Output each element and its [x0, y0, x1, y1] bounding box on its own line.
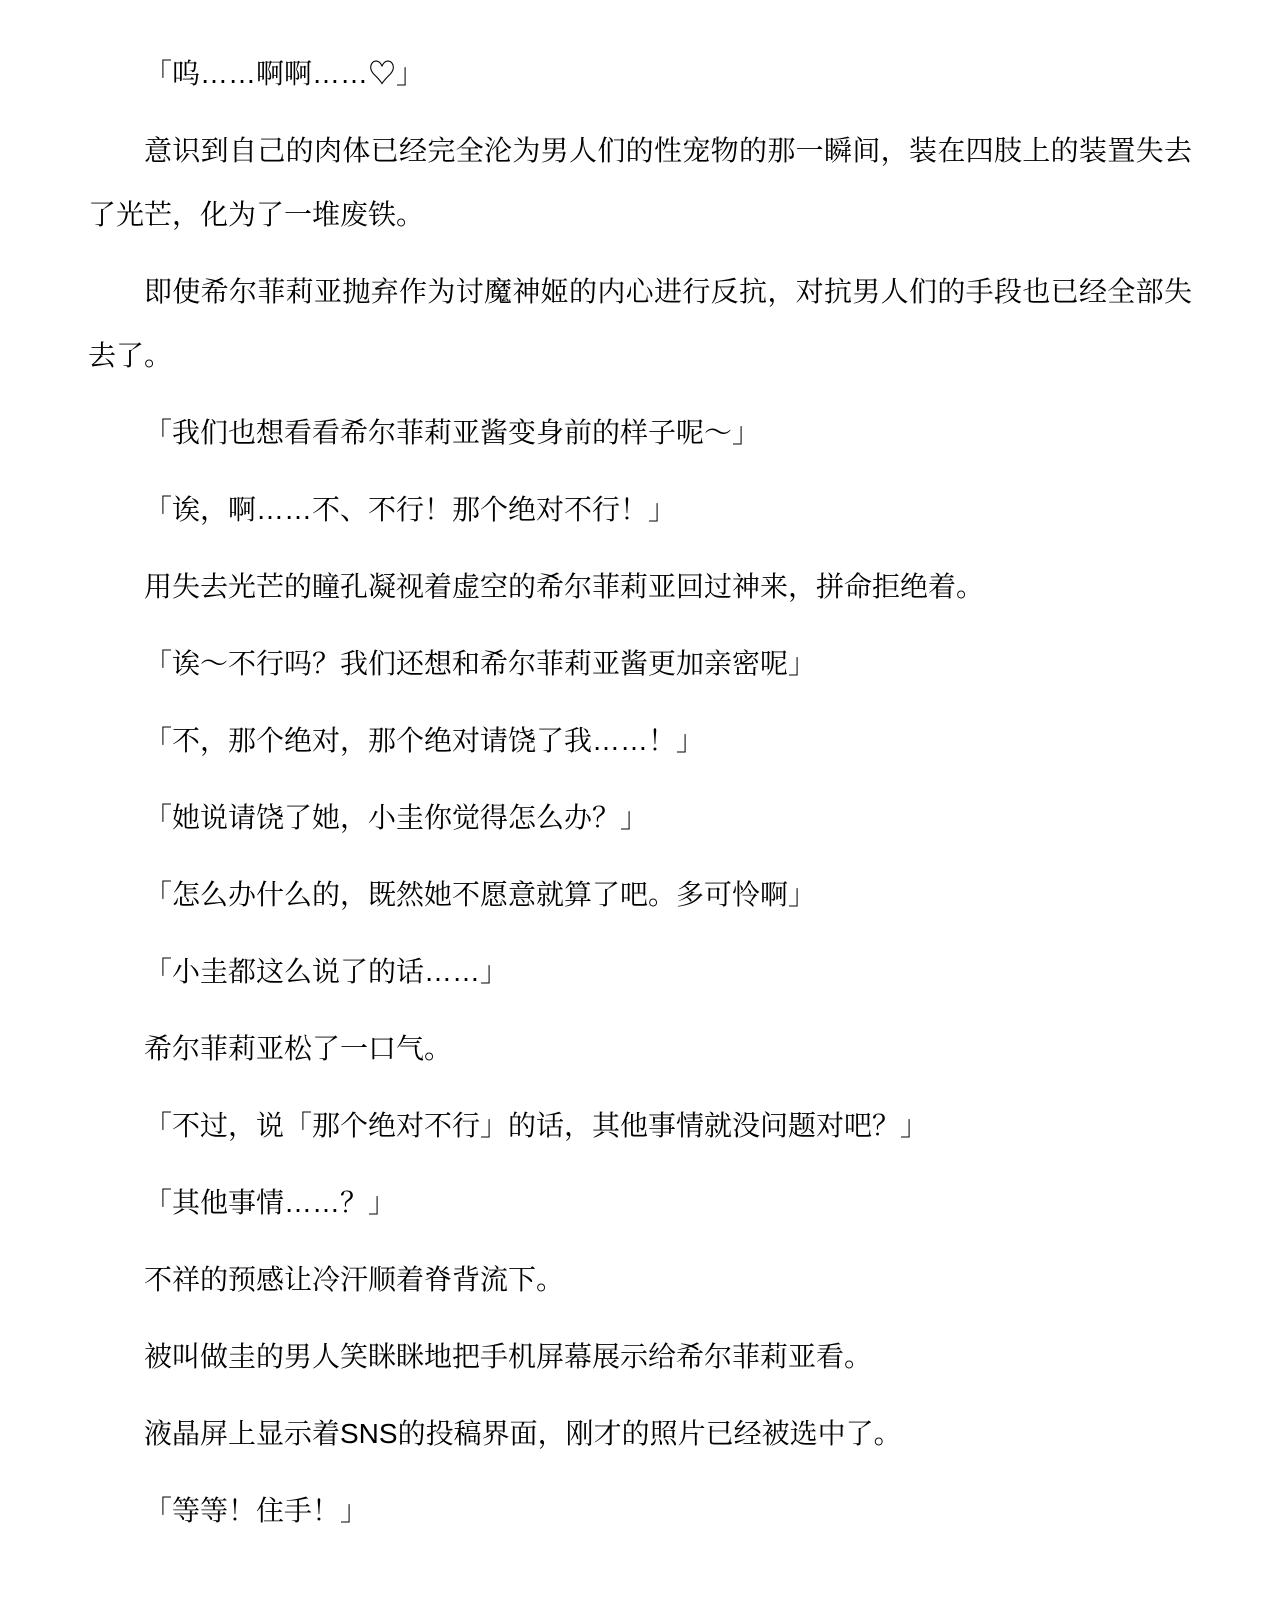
narration-paragraph: 不祥的预感让冷汗顺着脊背流下。 — [88, 1248, 1192, 1312]
dialogue-paragraph: 「怎么办什么的，既然她不愿意就算了吧。多可怜啊」 — [88, 863, 1192, 927]
dialogue-paragraph: 「诶～不行吗？我们还想和希尔菲莉亚酱更加亲密呢」 — [88, 632, 1192, 696]
dialogue-paragraph: 「不，那个绝对，那个绝对请饶了我……！」 — [88, 709, 1192, 773]
narration-paragraph: 意识到自己的肉体已经完全沦为男人们的性宠物的那一瞬间，装在四肢上的装置失去了光芒… — [88, 119, 1192, 247]
dialogue-paragraph: 「其他事情……？」 — [88, 1171, 1192, 1235]
dialogue-paragraph: 「呜……啊啊……♡」 — [88, 42, 1192, 106]
narration-paragraph: 被叫做圭的男人笑眯眯地把手机屏幕展示给希尔菲莉亚看。 — [88, 1325, 1192, 1389]
dialogue-paragraph: 「等等！住手！」 — [88, 1479, 1192, 1543]
dialogue-paragraph: 「她说请饶了她，小圭你觉得怎么办？」 — [88, 786, 1192, 850]
narration-paragraph: 即使希尔菲莉亚抛弃作为讨魔神姬的内心进行反抗，对抗男人们的手段也已经全部失去了。 — [88, 260, 1192, 388]
novel-text-page: 「呜……啊啊……♡」 意识到自己的肉体已经完全沦为男人们的性宠物的那一瞬间，装在… — [0, 0, 1280, 1624]
dialogue-paragraph: 「不过，说「那个绝对不行」的话，其他事情就没问题对吧？」 — [88, 1094, 1192, 1158]
narration-paragraph: 用失去光芒的瞳孔凝视着虚空的希尔菲莉亚回过神来，拼命拒绝着。 — [88, 555, 1192, 619]
dialogue-paragraph: 「我们也想看看希尔菲莉亚酱变身前的样子呢～」 — [88, 401, 1192, 465]
narration-paragraph: 希尔菲莉亚松了一口气。 — [88, 1017, 1192, 1081]
narration-paragraph: 液晶屏上显示着SNS的投稿界面，刚才的照片已经被选中了。 — [88, 1402, 1192, 1466]
dialogue-paragraph: 「小圭都这么说了的话……」 — [88, 940, 1192, 1004]
dialogue-paragraph: 「诶，啊……不、不行！那个绝对不行！」 — [88, 478, 1192, 542]
